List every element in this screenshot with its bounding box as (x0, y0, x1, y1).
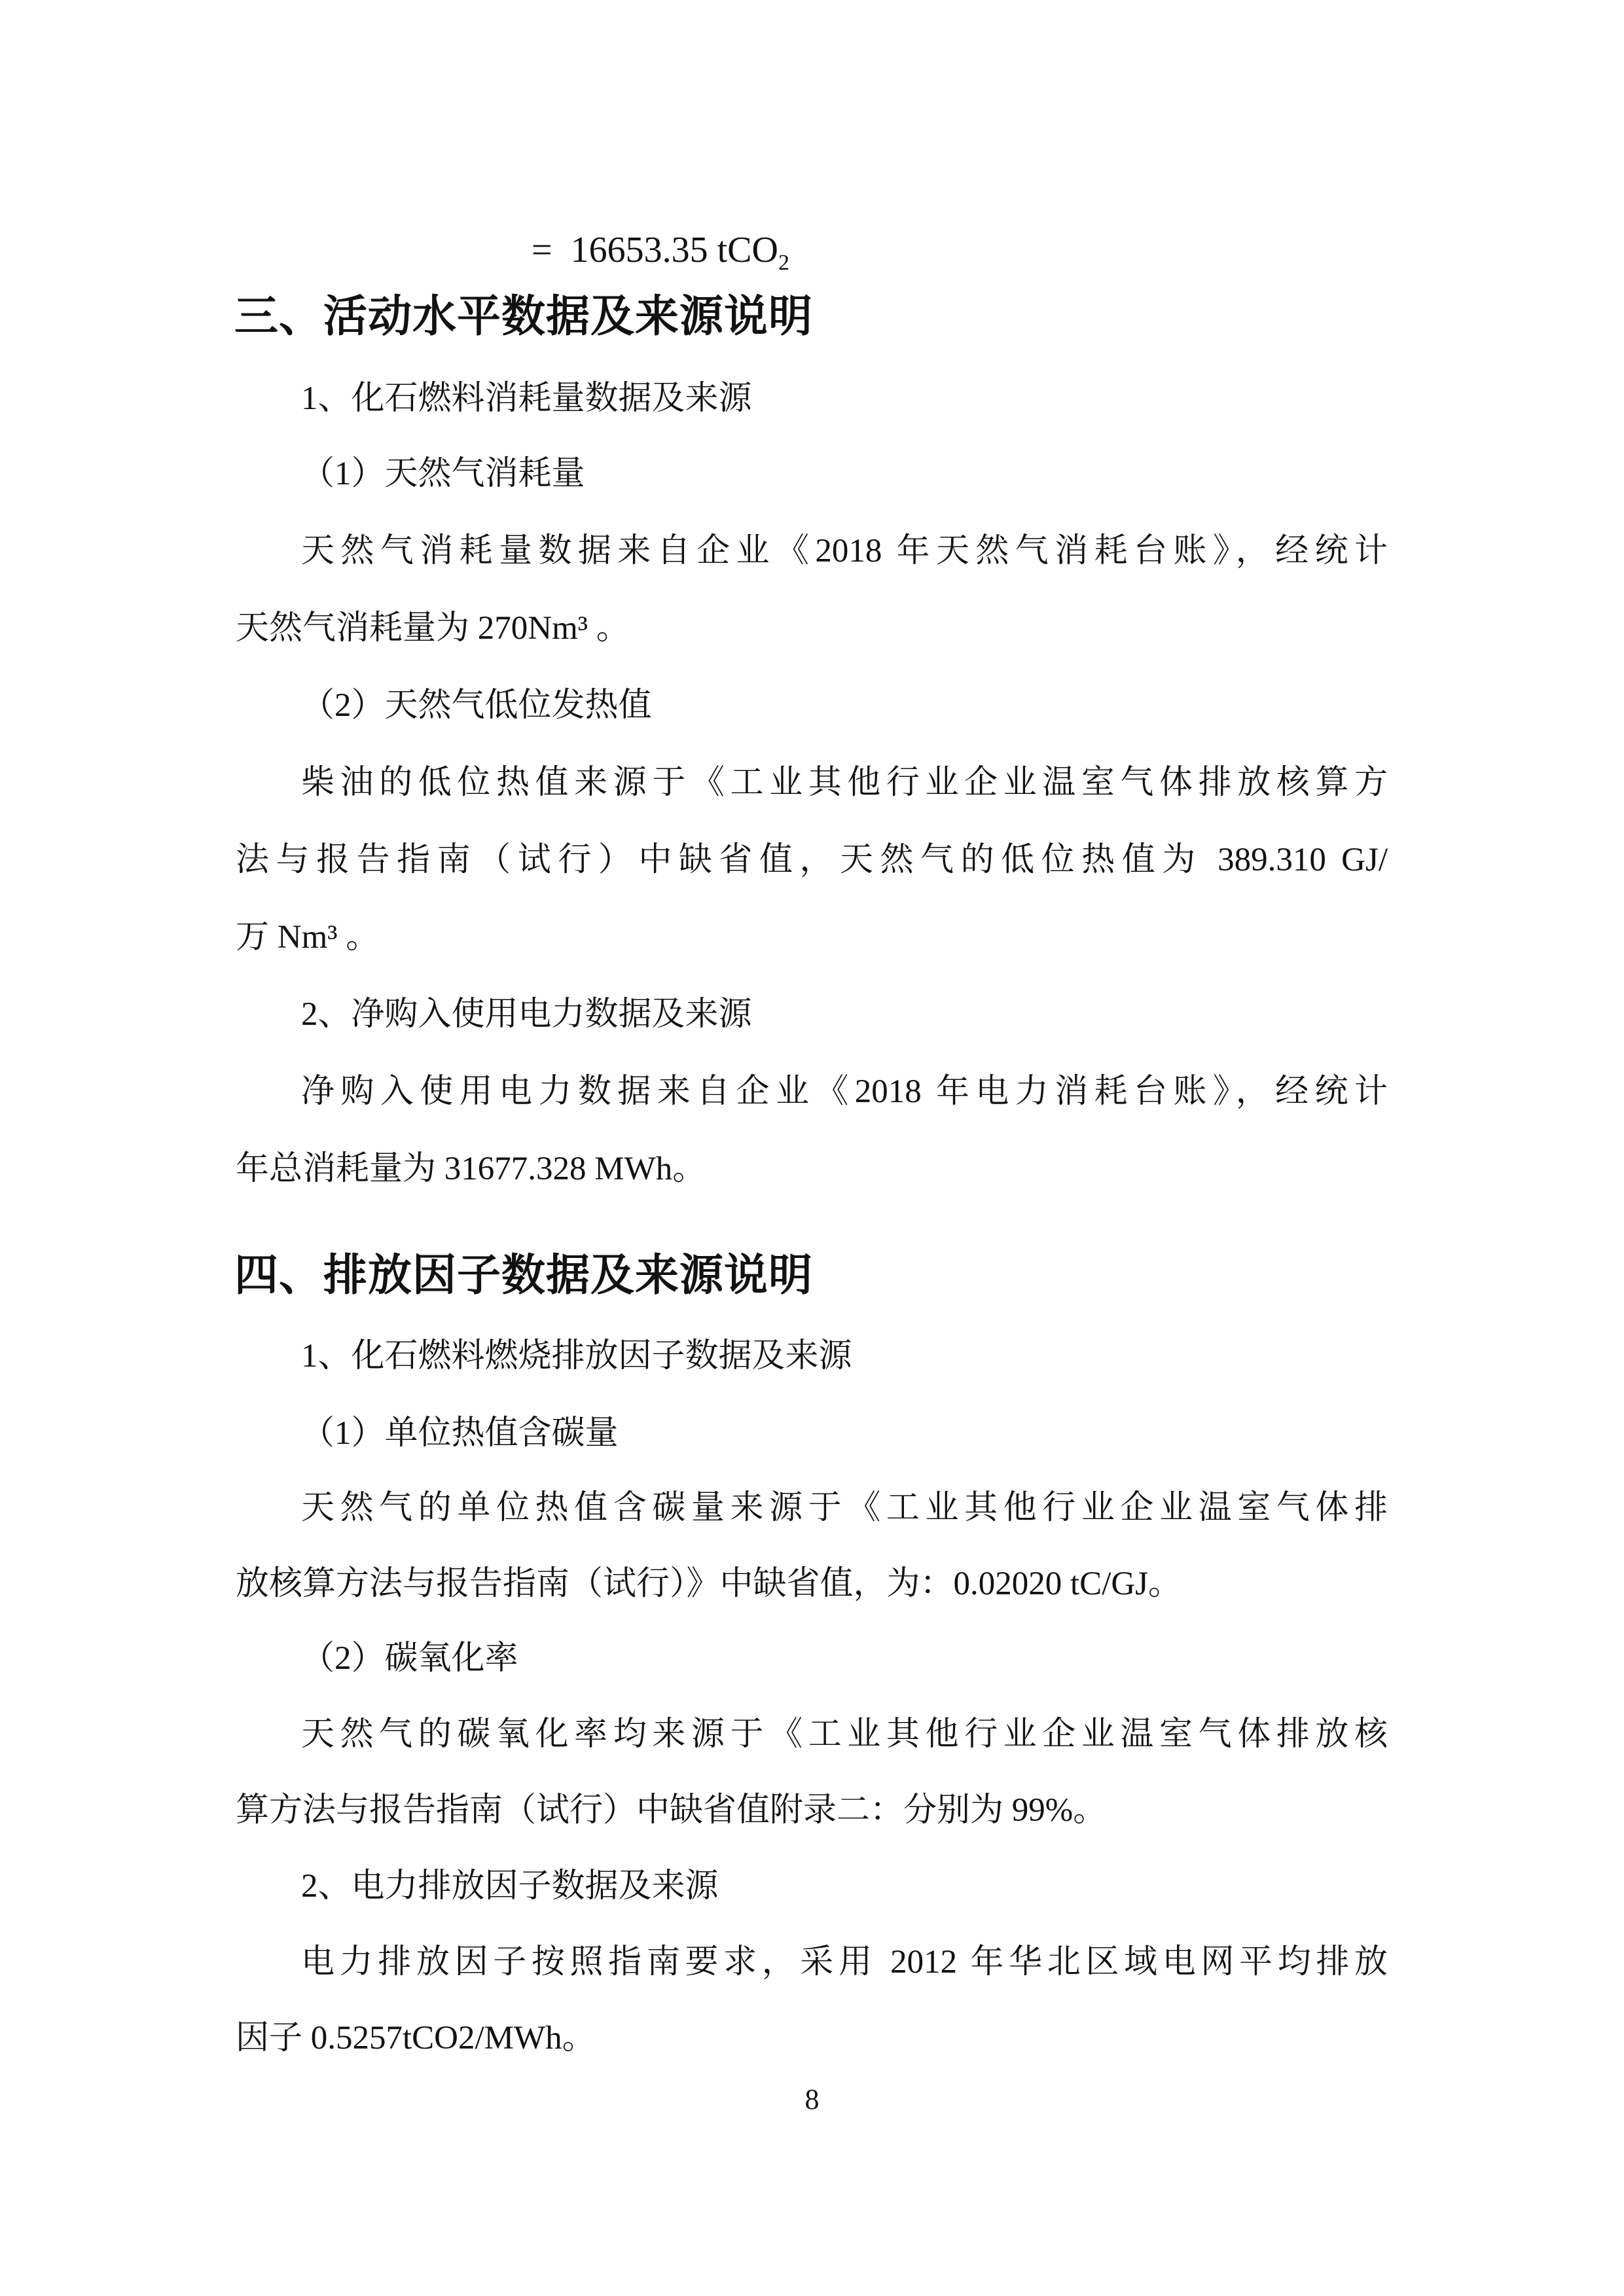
doc-line: 天然气消耗量为 270Nm³ 。 (236, 607, 1388, 649)
equation-result-subscript: 2 (778, 251, 789, 275)
doc-line: 柴油的低位热值来源于《工业其他行业企业温室气体排放核算方 (301, 762, 1388, 804)
doc-line: （1）天然气消耗量 (301, 453, 1388, 495)
doc-line: 天然气的碳氧化率均来源于《工业其他行业企业温室气体排放核 (301, 1713, 1388, 1755)
doc-line: 算方法与报告指南（试行）中缺省值附录二：分别为 99%。 (236, 1789, 1388, 1831)
equation-result-line: = 16653.35 tCO2 (532, 229, 1317, 271)
doc-line: （2）天然气低位发热值 (301, 685, 1388, 726)
doc-line: 净购入使用电力数据来自企业《2018 年电力消耗台账》，经统计 (301, 1071, 1388, 1113)
doc-line: 天然气消耗量数据来自企业《2018 年天然气消耗台账》，经统计 (301, 530, 1388, 572)
doc-line: 万 Nm³ 。 (236, 916, 1388, 958)
section3-heading: 三、活动水平数据及来源说明 (234, 292, 1413, 342)
section4-heading: 四、排放因子数据及来源说明 (234, 1251, 1413, 1300)
doc-line: 1、化石燃料消耗量数据及来源 (301, 378, 1388, 420)
page-number: 8 (0, 2083, 1624, 2117)
document-page: = 16653.35 tCO2 三、活动水平数据及来源说明 1、化石燃料消耗量数… (0, 0, 1624, 2296)
doc-line: 电力排放因子按照指南要求，采用 2012 年华北区域电网平均排放 (301, 1941, 1388, 1983)
doc-line: （2）碳氧化率 (301, 1638, 1388, 1679)
doc-line: 法与报告指南（试行）中缺省值，天然气的低位热值为 389.310 GJ/ (236, 839, 1388, 881)
doc-line: 2、净购入使用电力数据及来源 (301, 994, 1388, 1035)
doc-line: 年总消耗量为 31677.328 MWh。 (236, 1148, 1388, 1190)
doc-line: 因子 0.5257tCO2/MWh。 (236, 2017, 1388, 2059)
equation-result-text: = 16653.35 tCO (532, 230, 778, 270)
doc-line: 1、化石燃料燃烧排放因子数据及来源 (301, 1335, 1388, 1377)
doc-line: 天然气的单位热值含碳量来源于《工业其他行业企业温室气体排 (301, 1487, 1388, 1529)
doc-line: 2、电力排放因子数据及来源 (301, 1865, 1388, 1907)
doc-line: 放核算方法与报告指南（试行）》中缺省值，为：0.02020 tC/GJ。 (236, 1563, 1388, 1605)
doc-line: （1）单位热值含碳量 (301, 1412, 1388, 1454)
